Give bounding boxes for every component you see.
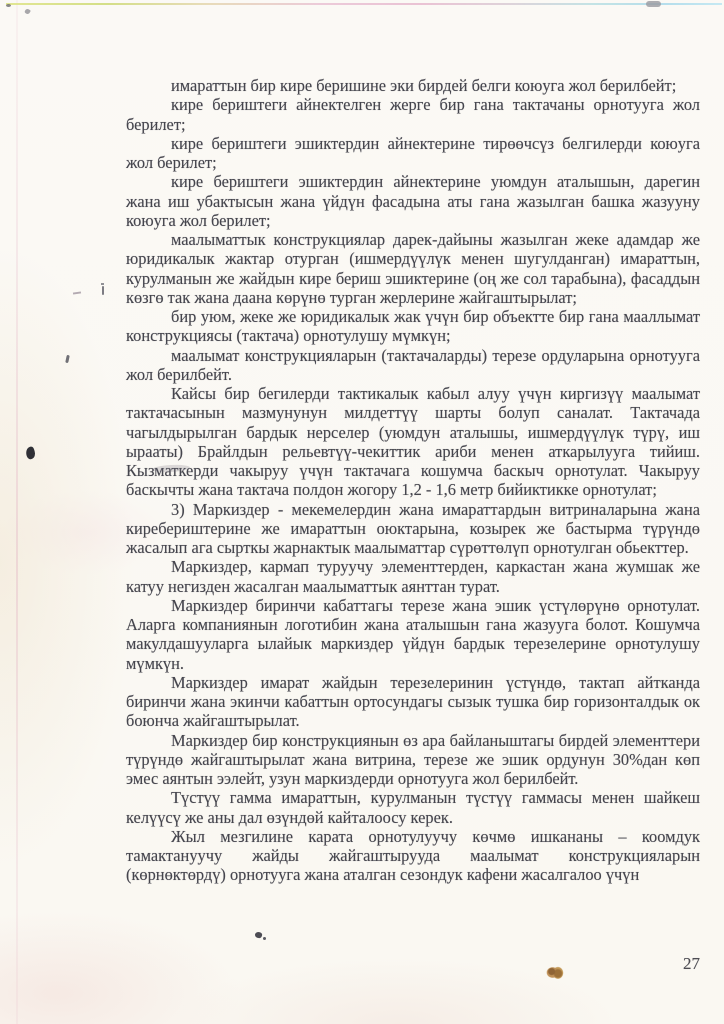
ink-speck (254, 931, 263, 939)
paragraph: Маркиздер, кармап туруучу элементтерден,… (126, 557, 700, 596)
paragraph: маалымат конструкцияларын (тактачаларды)… (126, 346, 700, 385)
scanner-artifact-blob (646, 1, 661, 7)
scanner-artifact-line (6, 3, 722, 5)
paragraph: 3) Маркиздер - мекемелердин жана имаратт… (126, 500, 700, 558)
paragraph: кире бериштеги эшиктердин айнектерине ти… (126, 134, 700, 173)
pencil-mark (101, 283, 104, 285)
paragraph: бир уюм, жеке же юридикалык жак үчүн бир… (126, 307, 700, 346)
document-text-block: имараттын бир кире беришине эки бирдей б… (126, 76, 700, 885)
ink-mark (65, 355, 70, 363)
pencil-mark (73, 291, 81, 294)
paragraph: Түстүү гамма имараттын, курулманын түстү… (126, 788, 700, 827)
coffee-stain (545, 963, 564, 982)
paragraph: Кайсы бир бегилерди тактикалык кабыл алу… (126, 384, 700, 500)
page-number: 27 (683, 954, 700, 974)
paragraph: Жыл мезгилине карата орнотулуучу көчмө и… (126, 827, 700, 885)
paragraph: Маркиздер имарат жайдын терезелеринин үс… (126, 673, 700, 731)
pencil-mark (102, 286, 104, 295)
ink-blot (24, 446, 36, 460)
paragraph: имараттын бир кире беришине эки бирдей б… (126, 76, 700, 95)
ink-speck (6, 4, 11, 7)
paragraph: Маркиздер бир конструкциянын өз ара байл… (126, 731, 700, 789)
scanned-document-page: имараттын бир кире беришине эки бирдей б… (0, 0, 724, 1024)
paragraph: кире бериштеги эшиктердин айнектерине ую… (126, 172, 700, 230)
paragraph: кире бериштеги айнектелген жерге бир ган… (126, 95, 700, 134)
ink-speck (24, 8, 31, 15)
scan-fold-line (16, 0, 18, 1024)
paragraph: Маркиздер биринчи кабаттагы терезе жана … (126, 596, 700, 673)
paragraph: маалыматтык конструкциялар дарек-дайыны … (126, 230, 700, 307)
ink-speck (263, 937, 266, 940)
